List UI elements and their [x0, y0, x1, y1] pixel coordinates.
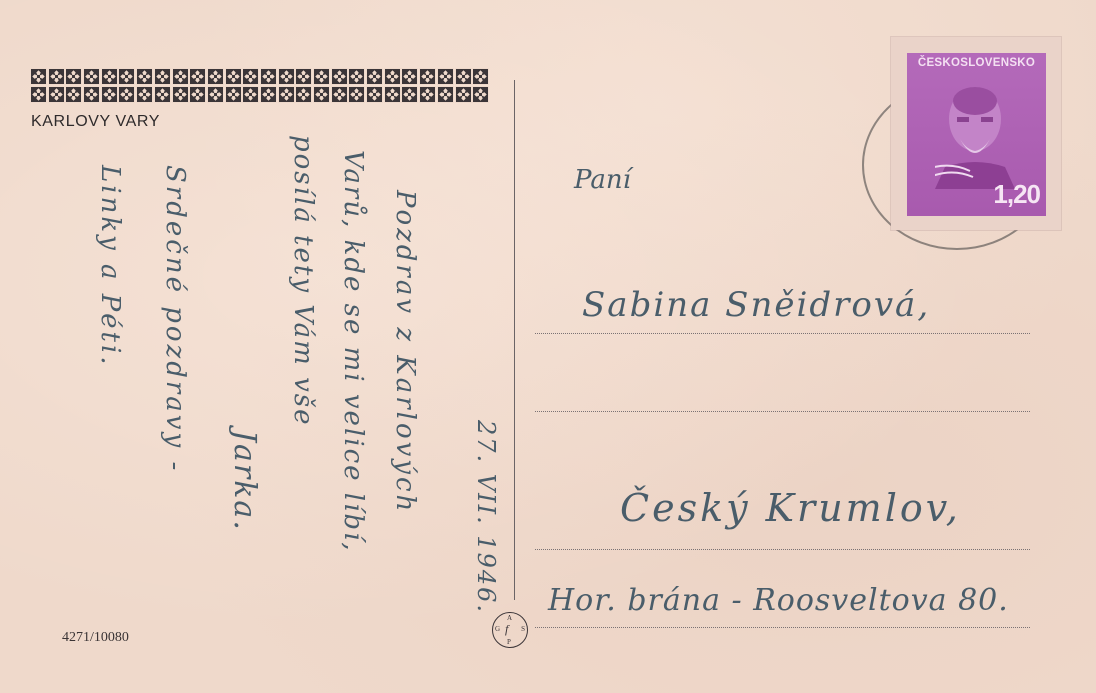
- ornament-tile-icon: [348, 68, 365, 85]
- ornament-tile-icon: [101, 68, 118, 85]
- catalog-number: 4271/10080: [62, 630, 129, 646]
- message-signature: Jarka.: [227, 430, 262, 532]
- ornament-tile-icon: [225, 68, 242, 85]
- ornament-tile-icon: [83, 86, 100, 103]
- publisher-letter-bottom: P: [507, 638, 511, 646]
- ornament-tile-icon: [65, 68, 82, 85]
- ornament-tile-icon: [278, 68, 295, 85]
- ornament-tile-icon: [384, 86, 401, 103]
- ornament-tile-icon: [472, 86, 489, 103]
- publisher-letter-left: G: [495, 625, 500, 633]
- ornament-tile-icon: [348, 86, 365, 103]
- ornament-tile-icon: [65, 86, 82, 103]
- ornament-tile-icon: [154, 68, 171, 85]
- address-line-3: [535, 549, 1030, 550]
- ornament-tile-icon: [401, 68, 418, 85]
- publisher-logo-icon: A G f S P: [492, 612, 528, 648]
- stamp-country: ČESKOSLOVENSKO: [907, 57, 1046, 69]
- ornament-tile-icon: [313, 86, 330, 103]
- ornament-tile-icon: [30, 86, 47, 103]
- ornament-tile-icon: [366, 68, 383, 85]
- portrait-icon: [935, 79, 1015, 189]
- publisher-letter-center: f: [505, 622, 508, 637]
- ornament-tile-icon: [455, 86, 472, 103]
- greeting-line-1: Srdečné pozdravy -: [160, 165, 190, 473]
- address-line-1: [535, 333, 1030, 334]
- ornament-tile-icon: [242, 86, 259, 103]
- message-line-2: Varů, kde se mi velice líbí,: [338, 150, 368, 553]
- ornament-tile-icon: [472, 68, 489, 85]
- ornament-tile-icon: [172, 68, 189, 85]
- ornament-tile-icon: [278, 86, 295, 103]
- ornament-tile-icon: [136, 86, 153, 103]
- ornament-tile-icon: [401, 86, 418, 103]
- ornament-tile-icon: [260, 68, 277, 85]
- ornament-tile-icon: [101, 86, 118, 103]
- ornament-tile-icon: [295, 86, 312, 103]
- ornament-tile-icon: [30, 68, 47, 85]
- ornament-tile-icon: [136, 68, 153, 85]
- address-line-2: [535, 411, 1030, 412]
- ornament-tile-icon: [437, 68, 454, 85]
- ornament-tile-icon: [207, 68, 224, 85]
- address-street: Hor. brána - Roosveltova 80.: [548, 583, 1009, 618]
- ornament-tile-icon: [48, 86, 65, 103]
- address-salutation: Paní: [574, 165, 631, 195]
- stamp-image: ČESKOSLOVENSKO 1,20: [907, 53, 1046, 216]
- ornament-tile-icon: [154, 86, 171, 103]
- ornament-tile-icon: [225, 86, 242, 103]
- ornament-tile-icon: [313, 68, 330, 85]
- ornament-border-icon: [30, 68, 490, 104]
- message-date: 27. VII. 1946.: [472, 420, 500, 614]
- ornament-tile-icon: [207, 86, 224, 103]
- ornament-tile-icon: [189, 86, 206, 103]
- publisher-letter-top: A: [507, 614, 512, 622]
- ornament-tile-icon: [48, 68, 65, 85]
- ornament-tile-icon: [384, 68, 401, 85]
- ornament-tile-icon: [295, 68, 312, 85]
- publisher-letter-right: S: [521, 625, 525, 633]
- ornament-tile-icon: [331, 68, 348, 85]
- address-city: Český Krumlov,: [620, 486, 961, 530]
- greeting-line-2: Linky a Péti.: [95, 165, 125, 368]
- address-name: Sabina Sněidrová,: [582, 285, 930, 325]
- ornament-tile-icon: [118, 68, 135, 85]
- ornament-tile-icon: [419, 86, 436, 103]
- message-line-1: Pozdrav z Karlových: [390, 190, 420, 514]
- ornament-tile-icon: [366, 86, 383, 103]
- postage-stamp: ČESKOSLOVENSKO 1,20: [891, 37, 1061, 230]
- ornament-tile-icon: [331, 86, 348, 103]
- ornament-tile-icon: [189, 68, 206, 85]
- ornament-tile-icon: [172, 86, 189, 103]
- ornament-tile-icon: [437, 86, 454, 103]
- place-title: KARLOVY VARY: [31, 113, 160, 131]
- ornament-tile-icon: [83, 68, 100, 85]
- vertical-divider: [514, 80, 515, 600]
- ornament-tile-icon: [118, 86, 135, 103]
- stamp-value: 1,20: [993, 179, 1040, 210]
- ornament-tile-icon: [260, 86, 277, 103]
- ornament-tile-icon: [242, 68, 259, 85]
- address-line-4: [535, 627, 1030, 628]
- message-line-3: posílá tety Vám vše: [288, 135, 318, 427]
- ornament-tile-icon: [419, 68, 436, 85]
- postcard-back: KARLOVY VARY 4271/10080 A G f S P Pozdra…: [0, 0, 1096, 693]
- ornament-tile-icon: [455, 68, 472, 85]
